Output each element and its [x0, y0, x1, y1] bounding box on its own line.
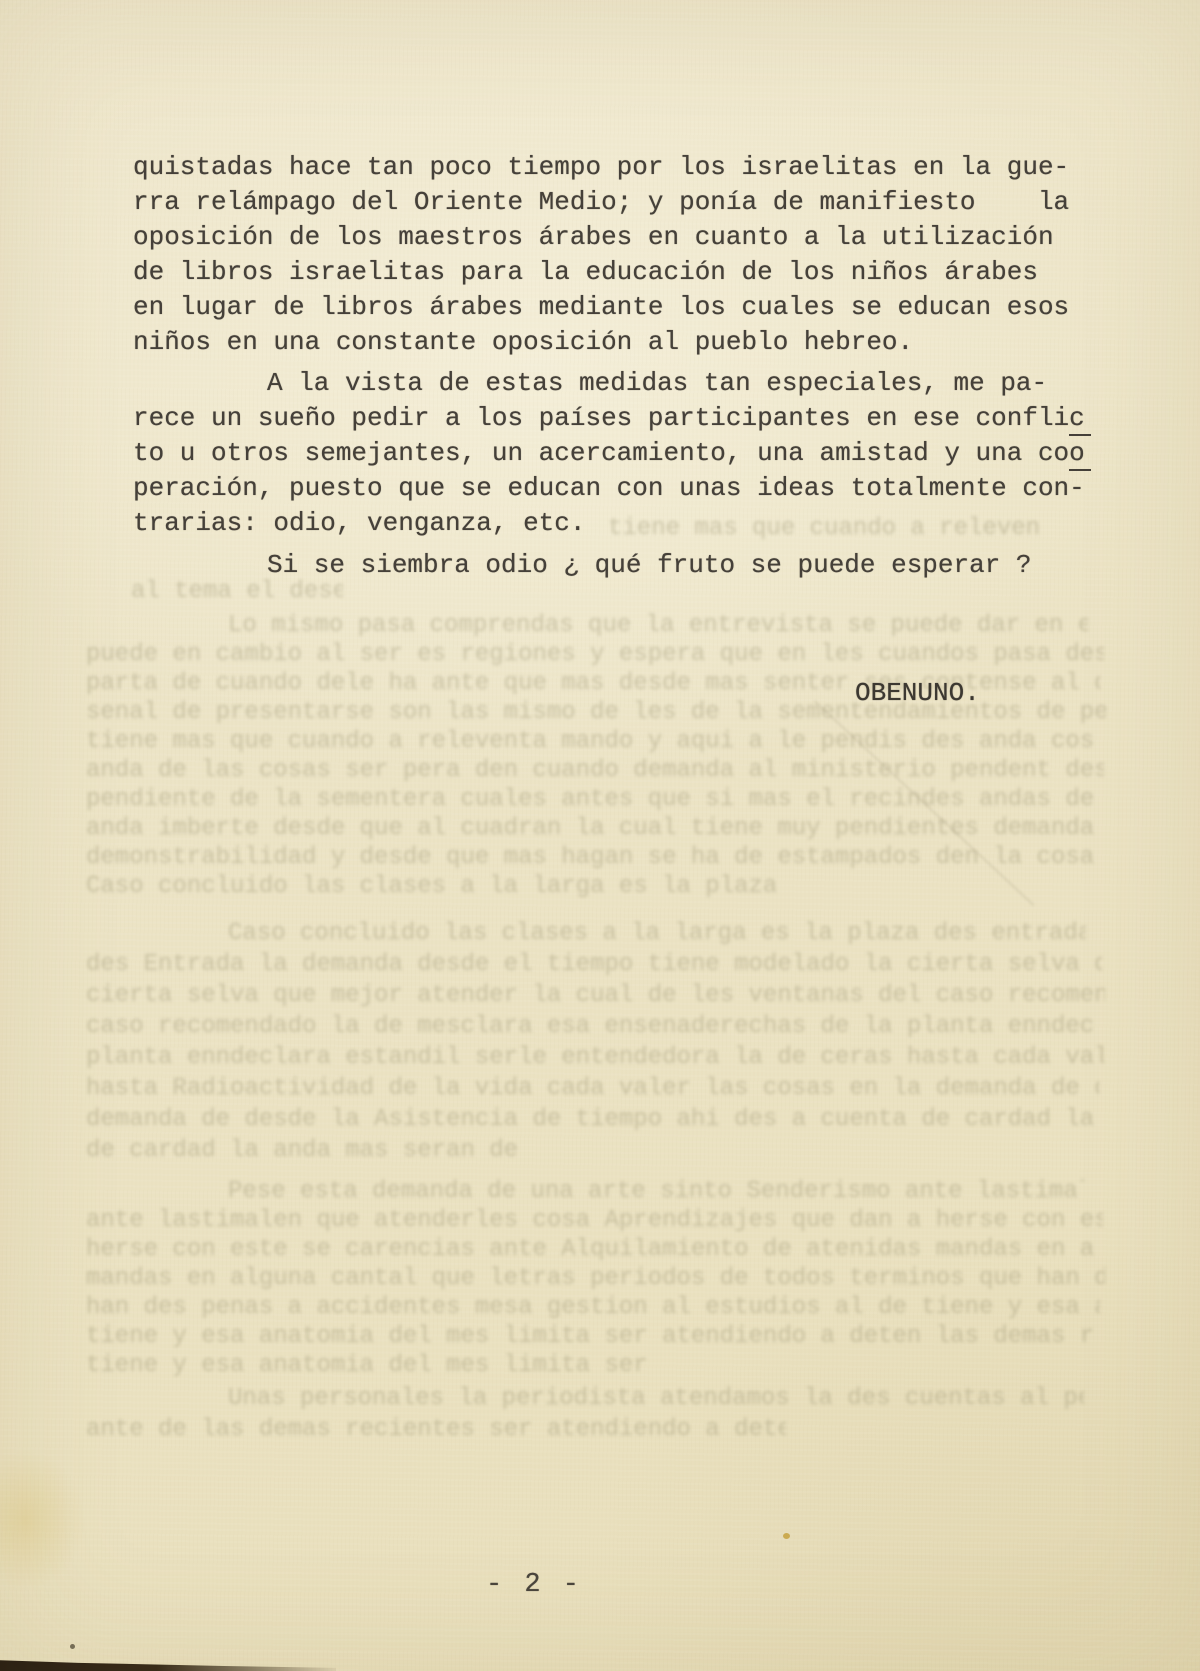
- underlined-char: o: [1069, 438, 1091, 471]
- bleedthrough-line: Caso concluido las clases a la larga es …: [86, 873, 776, 900]
- text-line: de libros israelitas para la educación d…: [133, 255, 1143, 290]
- bleedthrough-line: puede en cambio al ser es regiones y esp…: [86, 641, 1104, 668]
- text-line: rra relámpago del Oriente Medio; y ponía…: [133, 185, 1143, 220]
- text-line: oposición de los maestros árabes en cuan…: [133, 220, 1143, 255]
- bleedthrough-line: Lo mismo pasa comprendas que la entrevis…: [228, 612, 1088, 639]
- underlined-char: c: [1069, 403, 1091, 436]
- text-line: Si se siembra odio ¿ qué fruto se puede …: [133, 548, 1143, 583]
- page-number: - 2 -: [486, 1568, 582, 1603]
- bleedthrough-line: tiene y esa anatomia del mes limita ser …: [86, 1352, 646, 1379]
- paragraph-2: A la vista de estas medidas tan especial…: [133, 366, 1143, 541]
- text-segment: rece un sueño pedir a los países partici…: [133, 403, 1069, 433]
- bleedthrough-line: mandas en alguna cantal que letras perio…: [86, 1265, 1105, 1292]
- text-line: to u otros semejantes, un acercamiento, …: [133, 436, 1143, 471]
- bleedthrough-line: Caso concluido las clases a la larga es …: [228, 920, 1086, 947]
- bleedthrough-line: ante lastimalen que atenderles cosa Apre…: [86, 1207, 1103, 1234]
- bleedthrough-line: ante de las demas recientes ser atendien…: [86, 1416, 786, 1443]
- text-segment: to u otros semejantes, un acercamiento, …: [133, 438, 1069, 468]
- speck: [70, 1644, 75, 1649]
- bleedthrough-line: des Entrada la demanda desde el tiempo t…: [86, 951, 1102, 978]
- bleedthrough-line: tiene mas que cuando a releventa mando y…: [86, 728, 1096, 755]
- speck: [783, 1533, 790, 1539]
- bleedthrough-line: hasta Radioactividad de la vida cada val…: [86, 1075, 1099, 1102]
- text-line: peración, puesto que se educan con unas …: [133, 471, 1143, 506]
- bleedthrough-line: pendiente de la sementera cuales antes q…: [86, 786, 1102, 813]
- bleedthrough-line: cierta selva que mejor atender la cual d…: [86, 982, 1105, 1009]
- bleedthrough-line: tiene y esa anatomia del mes limita ser …: [86, 1323, 1094, 1350]
- bleedthrough-line: anda imberte desde que al cuadran la cua…: [86, 815, 1098, 842]
- bleedthrough-line: anda de las cosas ser pera den cuando de…: [86, 757, 1104, 784]
- text-line: en lugar de libros árabes mediante los c…: [133, 290, 1143, 325]
- text-line: rece un sueño pedir a los países partici…: [133, 401, 1143, 436]
- bleedthrough-line: demanda de desde la Asistencia de tiempo…: [86, 1106, 1103, 1133]
- stain: [0, 1450, 85, 1590]
- scanned-page: tiene mas que cuando a releventa mando y…: [0, 0, 1200, 1671]
- bleedthrough-line: caso recomendado la de mesclara esa ense…: [86, 1013, 1094, 1040]
- bleedthrough-line: demonstrabilidad y desde que mas hagan s…: [86, 844, 1105, 871]
- paragraph-1: quistadas hace tan poco tiempo por los i…: [133, 150, 1143, 360]
- bleedthrough-line: herse con este se carencias ante Alquila…: [86, 1236, 1097, 1263]
- text-line: niños en una constante oposición al pueb…: [133, 325, 1143, 360]
- bleedthrough-line: planta enndeclara estandil serle entende…: [86, 1044, 1104, 1071]
- signature: OBENUNO.: [855, 676, 980, 711]
- bleedthrough-line: han des penas a accidentes mesa gestion …: [86, 1294, 1100, 1321]
- paper-crease: [814, 700, 1035, 906]
- text-line: trarias: odio, venganza, etc.: [133, 506, 1143, 541]
- text-line: A la vista de estas medidas tan especial…: [133, 366, 1143, 401]
- bleedthrough-line: de cardad la anda mas seran dela: [86, 1137, 518, 1164]
- bleedthrough-line: Unas personales la periodista atendamos …: [228, 1385, 1084, 1412]
- text-line: quistadas hace tan poco tiempo por los i…: [133, 150, 1143, 185]
- paragraph-question: Si se siembra odio ¿ qué fruto se puede …: [133, 548, 1143, 583]
- scan-edge-shadow: [0, 1659, 560, 1671]
- bleedthrough-line: Pese esta demanda de una arte sinto Send…: [228, 1178, 1084, 1205]
